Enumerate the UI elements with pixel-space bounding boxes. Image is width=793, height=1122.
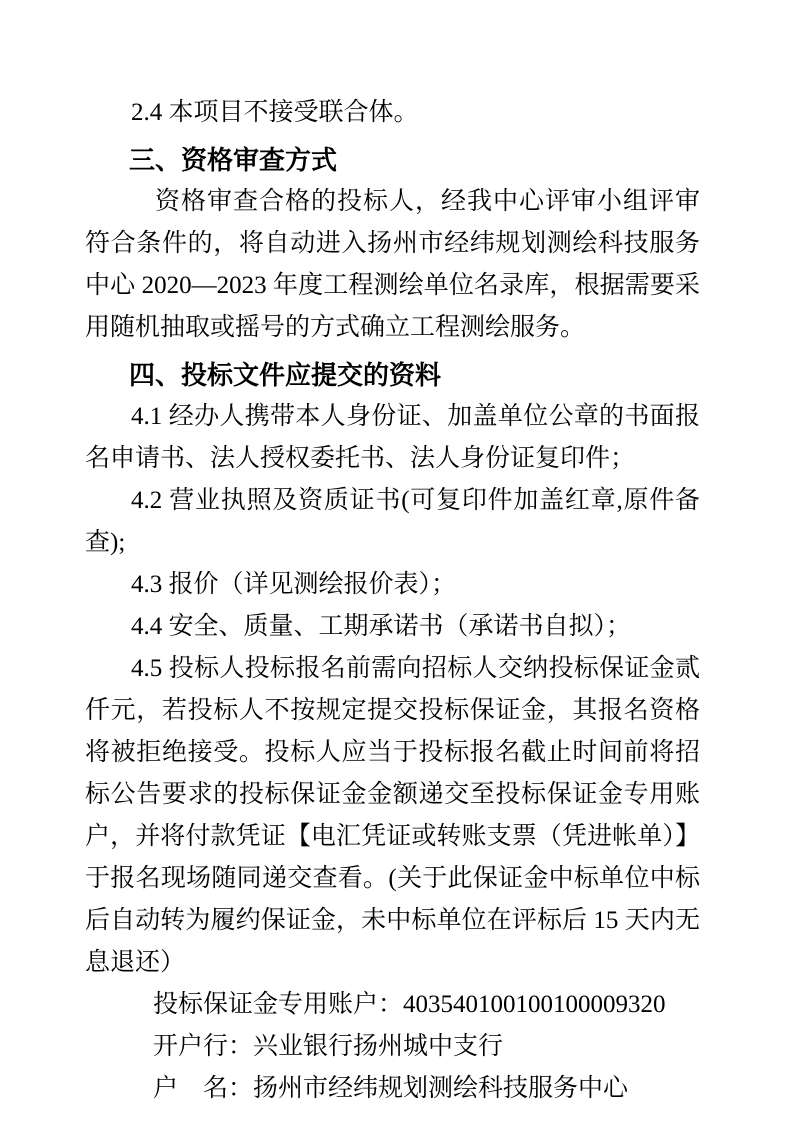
clause-2-4: 2.4 本项目不接受联合体。 xyxy=(85,92,700,134)
deposit-holder-name: 扬州市经纬规划测绘科技服务中心 xyxy=(253,1075,628,1102)
section-heading-bid-documents: 四、投标文件应提交的资料 xyxy=(85,354,700,396)
section-heading-qualification-review: 三、资格审查方式 xyxy=(85,139,700,181)
deposit-holder-line: 户 名：扬州市经纬规划测绘科技服务中心 xyxy=(85,1068,700,1110)
deposit-account-line: 投标保证金专用账户：403540100100100009320 xyxy=(85,984,700,1026)
document-page: 2.4 本项目不接受联合体。 三、资格审查方式 资格审查合格的投标人，经我中心评… xyxy=(0,0,793,1122)
deposit-holder-label: 户 名： xyxy=(153,1075,253,1102)
clause-4-4: 4.4 安全、质量、工期承诺书（承诺书自拟）； xyxy=(85,606,700,648)
deposit-bank-label: 开户行： xyxy=(153,1033,253,1060)
deposit-account-label: 投标保证金专用账户： xyxy=(153,991,403,1018)
clause-4-1: 4.1 经办人携带本人身份证、加盖单位公章的书面报名申请书、法人授权委托书、法人… xyxy=(85,396,700,480)
clause-4-2: 4.2 营业执照及资质证书(可复印件加盖红章,原件备查); xyxy=(85,480,700,564)
deposit-account-number: 403540100100100009320 xyxy=(403,991,666,1018)
clause-4-3: 4.3 报价（详见测绘报价表）； xyxy=(85,564,700,606)
qualification-review-paragraph: 资格审查合格的投标人，经我中心评审小组评审符合条件的，将自动进入扬州市经纬规划测… xyxy=(85,181,700,349)
deposit-bank-name: 兴业银行扬州城中支行 xyxy=(253,1033,503,1060)
clause-4-5: 4.5 投标人投标报名前需向招标人交纳投标保证金贰仟元，若投标人不按规定提交投标… xyxy=(85,648,700,984)
deposit-bank-line: 开户行：兴业银行扬州城中支行 xyxy=(85,1026,700,1068)
